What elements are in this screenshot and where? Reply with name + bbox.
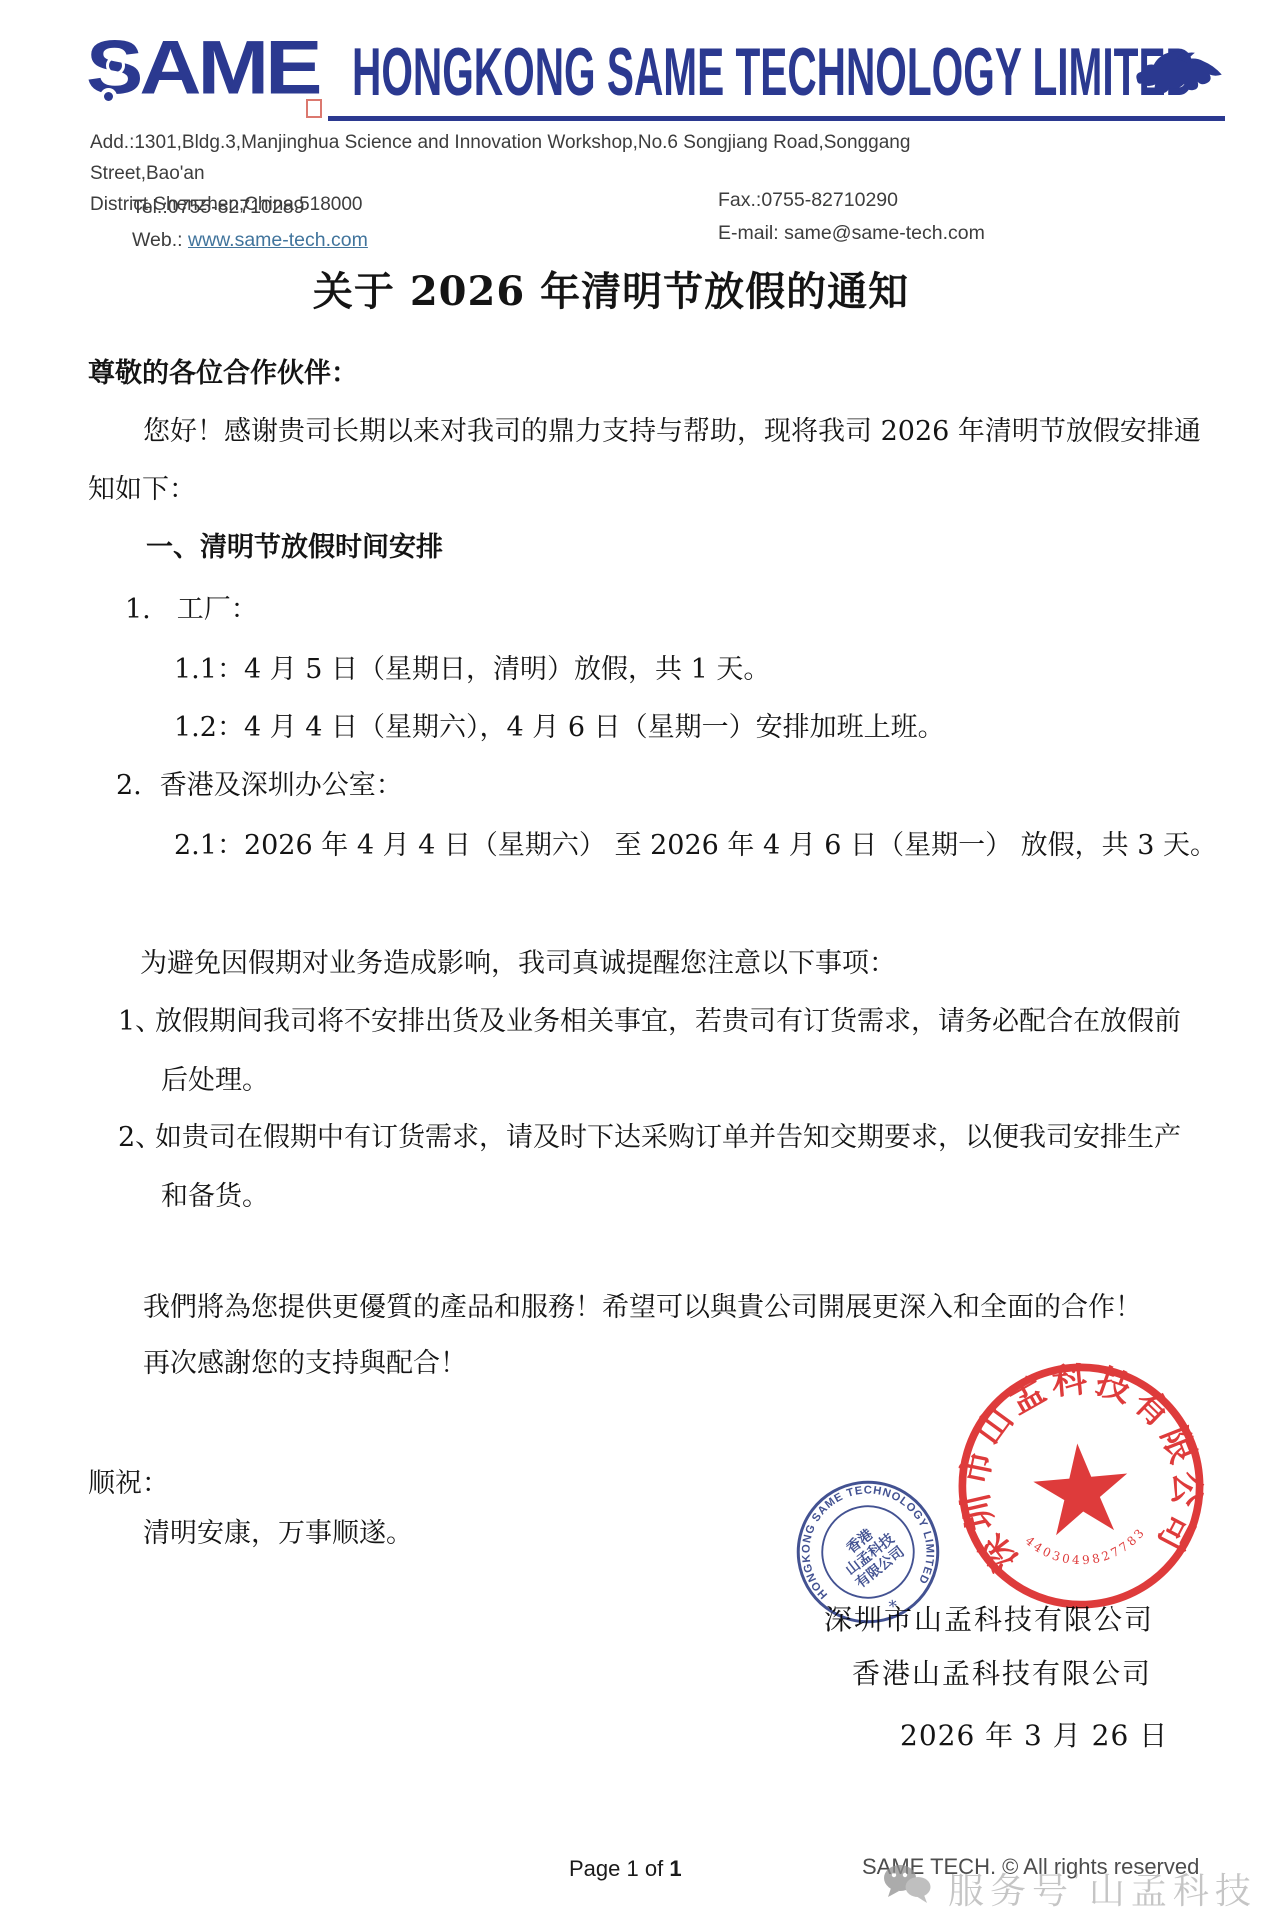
item-1-marker: 1. <box>125 594 151 625</box>
company-name: HONGKONG SAME TECHNOLOGY LIMITED <box>352 38 1195 106</box>
notice-2-line-1: 如贵司在假期中有订货需求，请及时下达采购订单并告知交期要求，以便我司安排生产 <box>155 1120 1181 1155</box>
document-title: 关于 2026 年清明节放假的通知 <box>0 260 1222 317</box>
item-2-text: 香港及深圳办公室： <box>160 770 403 801</box>
wish-text: 清明安康，万事顺遂。 <box>143 1516 413 1551</box>
signature-company-2: 香港山孟科技有限公司 <box>852 1652 1152 1692</box>
list-item-offices: 2.香港及深圳办公室： <box>116 768 403 803</box>
salutation: 尊敬的各位合作伙伴： <box>88 356 358 391</box>
mini-seal-icon <box>306 99 322 118</box>
closing-line-1: 我們將為您提供更優質的產品和服務！希望可以與貴公司開展更深入和全面的合作！ <box>143 1290 1142 1325</box>
tel-number: Tel.:0755-82710289 <box>132 196 304 219</box>
web-row: Web.: www.same-tech.com <box>132 229 368 252</box>
blue-stamp-asterisk: * <box>888 1597 899 1617</box>
notice-1-marker: 1、 <box>118 1004 155 1039</box>
list-item-2-1: 2.1：2026 年 4 月 4 日（星期六） 至 2026 年 4 月 6 日… <box>174 828 1217 863</box>
intro-line-2: 知如下： <box>88 472 196 507</box>
section-1-heading: 一、清明节放假时间安排 <box>146 530 443 565</box>
address-line-1: Add.:1301,Bldg.3,Manjinghua Science and … <box>90 127 990 189</box>
red-company-stamp: 深圳市山孟科技有限公司 4403049827783 <box>942 1347 1219 1624</box>
notice-2-marker: 2、 <box>118 1120 155 1155</box>
email-address: E-mail: same@same-tech.com <box>718 222 985 245</box>
list-item-factory: 1.工厂： <box>125 592 258 627</box>
red-stamp-code: 4403049827783 <box>1022 1523 1151 1572</box>
watermark-separator: ’ <box>1074 1869 1085 1895</box>
blue-company-stamp: HONGKONG SAME TECHNOLOGY LIMITED * 香港 山孟… <box>783 1467 952 1636</box>
header-divider <box>328 116 1225 121</box>
notice-2-line-2: 和备货。 <box>161 1179 1181 1214</box>
closing-line-2: 再次感謝您的支持與配合！ <box>143 1346 467 1381</box>
logo-ring-decoration <box>106 56 125 75</box>
fax-number: Fax.:0755-82710290 <box>718 189 898 212</box>
wechat-chat-bubbles-icon <box>880 1862 934 1915</box>
page-total: 1 <box>669 1856 681 1881</box>
notice-item-2: 2、 如贵司在假期中有订货需求，请及时下达采购订单并告知交期要求，以便我司安排生… <box>118 1120 1181 1214</box>
notice-1-line-2: 后处理。 <box>161 1063 1181 1098</box>
wechat-watermark: 服务号 ’ 山孟科技 <box>880 1862 1257 1915</box>
signature-date: 2026 年 3 月 26 日 <box>900 1714 1168 1754</box>
notice-1-body: 放假期间我司将不安排出货及业务相关事宜，若贵司有订货需求，请务必配合在放假前后处… <box>155 1004 1181 1098</box>
notice-1-line-1: 放假期间我司将不安排出货及业务相关事宜，若贵司有订货需求，请务必配合在放假前 <box>155 1004 1181 1039</box>
notice-intro: 为避免因假期对业务造成影响，我司真诚提醒您注意以下事项： <box>140 946 896 981</box>
red-stamp-star <box>1030 1439 1132 1536</box>
watermark-label: 服务号 <box>948 1863 1074 1914</box>
web-label: Web.: <box>132 229 188 251</box>
svg-text:4403049827783: 4403049827783 <box>1022 1523 1151 1572</box>
wish-label: 顺祝： <box>88 1466 169 1501</box>
item-1-text: 工厂： <box>177 594 258 625</box>
notice-2-body: 如贵司在假期中有订货需求，请及时下达采购订单并告知交期要求，以便我司安排生产和备… <box>155 1120 1181 1214</box>
website-link[interactable]: www.same-tech.com <box>188 229 368 251</box>
holiday-notice-page: SAME HONGKONG SAME TECHNOLOGY LIMITED Ad… <box>0 0 1280 1920</box>
list-item-1-1: 1.1：4 月 5 日（星期日，清明）放假，共 1 天。 <box>174 652 770 687</box>
page-number-prefix: Page 1 of <box>569 1856 669 1881</box>
item-2-marker: 2. <box>116 770 142 801</box>
notice-item-1: 1、 放假期间我司将不安排出货及业务相关事宜，若贵司有订货需求，请务必配合在放假… <box>118 1004 1181 1098</box>
page-number: Page 1 of 1 <box>569 1856 682 1882</box>
list-item-1-2: 1.2：4 月 4 日（星期六），4 月 6 日（星期一）安排加班上班。 <box>174 710 945 745</box>
winged-horse-icon <box>1134 48 1226 106</box>
intro-line-1: 您好！感谢贵司长期以来对我司的鼎力支持与帮助，现将我司 2026 年清明节放假安… <box>143 414 1201 449</box>
watermark-name: 山孟科技 <box>1089 1863 1257 1914</box>
logo-dot-decoration <box>100 88 117 105</box>
